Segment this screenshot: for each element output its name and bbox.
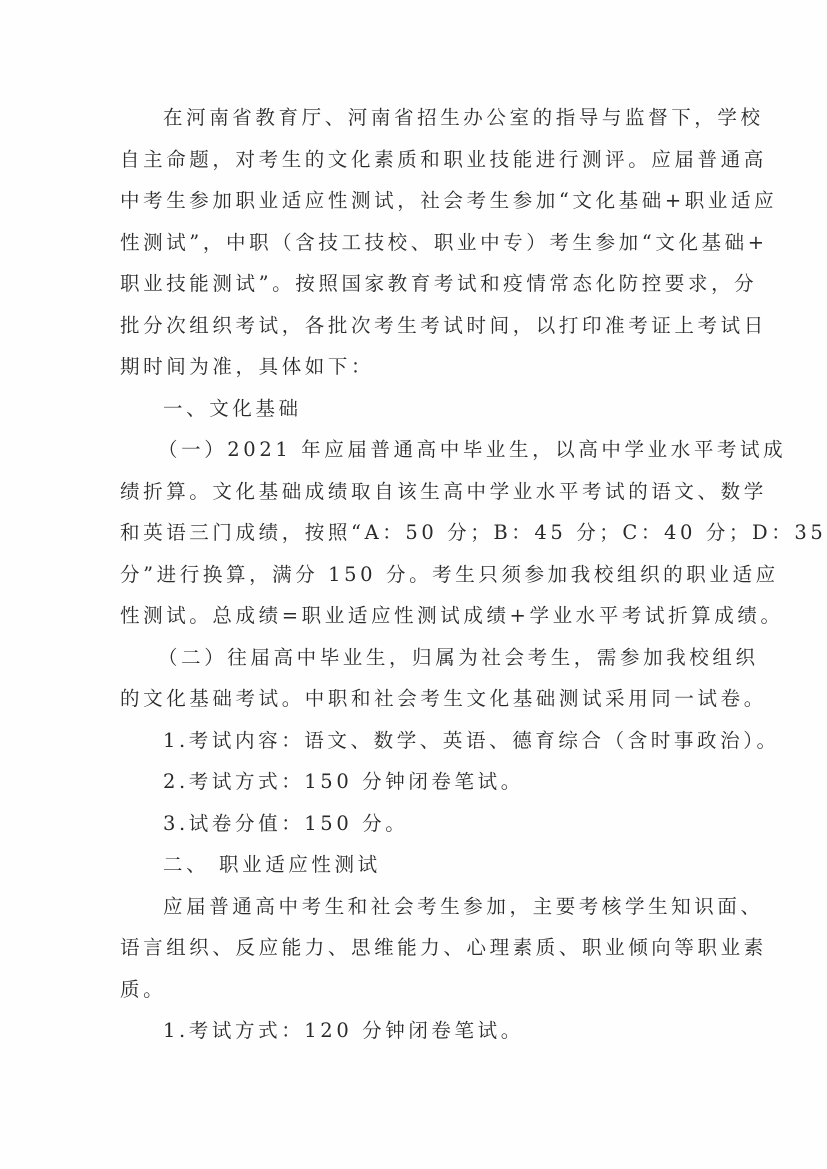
section-1-list-item-1: 1.考试内容：语文、数学、英语、德育综合（含时事政治）。 [163, 726, 724, 756]
section-1-list-item-2: 2.考试方式：150 分钟闭卷笔试。 [163, 767, 724, 797]
section-1-item-1-line-3: 和英语三门成绩，按照“A：50 分；B：45 分；C：40 分；D：35 [120, 518, 724, 548]
section-1-item-2-line-2: 的文化基础考试。中职和社会考生文化基础测试采用同一试卷。 [120, 684, 724, 714]
section-1-heading: 一、文化基础 [163, 394, 724, 424]
section-2-heading: 二、 职业适应性测试 [163, 850, 724, 880]
intro-line-7: 期时间为准，具体如下： [120, 352, 724, 382]
section-1-list-item-3: 3.试卷分值：150 分。 [163, 809, 724, 839]
section-2-list-item-1: 1.考试方式：120 分钟闭卷笔试。 [163, 1016, 724, 1046]
section-1-item-1-line-5: 性测试。总成绩=职业适应性测试成绩+学业水平考试折算成绩。 [120, 601, 724, 631]
intro-line-4: 性测试”，中职（含技工技校、职业中专）考生参加“文化基础+ [120, 228, 724, 258]
section-1-item-1-line-2: 绩折算。文化基础成绩取自该生高中学业水平考试的语文、数学 [120, 477, 724, 507]
document-page: 在河南省教育厅、河南省招生办公室的指导与监督下，学校 自主命题，对考生的文化素质… [0, 0, 827, 1169]
section-2-paragraph-line-2: 语言组织、反应能力、思维能力、心理素质、职业倾向等职业素 [120, 933, 724, 963]
section-2-paragraph-line-1: 应届普通高中考生和社会考生参加，主要考核学生知识面、 [163, 892, 724, 922]
intro-line-5: 职业技能测试”。按照国家教育考试和疫情常态化防控要求，分 [120, 269, 724, 299]
intro-line-3: 中考生参加职业适应性测试，社会考生参加“文化基础+职业适应 [120, 186, 724, 216]
intro-line-2: 自主命题，对考生的文化素质和职业技能进行测评。应届普通高 [120, 145, 724, 175]
section-2-paragraph-line-3: 质。 [120, 975, 724, 1005]
section-1-item-1-line-4: 分”进行换算，满分 150 分。考生只须参加我校组织的职业适应 [120, 560, 724, 590]
intro-line-6: 批分次组织考试，各批次考生考试时间，以打印准考证上考试日 [120, 311, 724, 341]
section-1-item-1-line-1: （一）2021 年应届普通高中毕业生，以高中学业水平考试成 [158, 435, 724, 465]
section-1-item-2-line-1: （二）往届高中毕业生，归属为社会考生，需参加我校组织 [158, 643, 724, 673]
intro-line-1: 在河南省教育厅、河南省招生办公室的指导与监督下，学校 [163, 103, 724, 133]
